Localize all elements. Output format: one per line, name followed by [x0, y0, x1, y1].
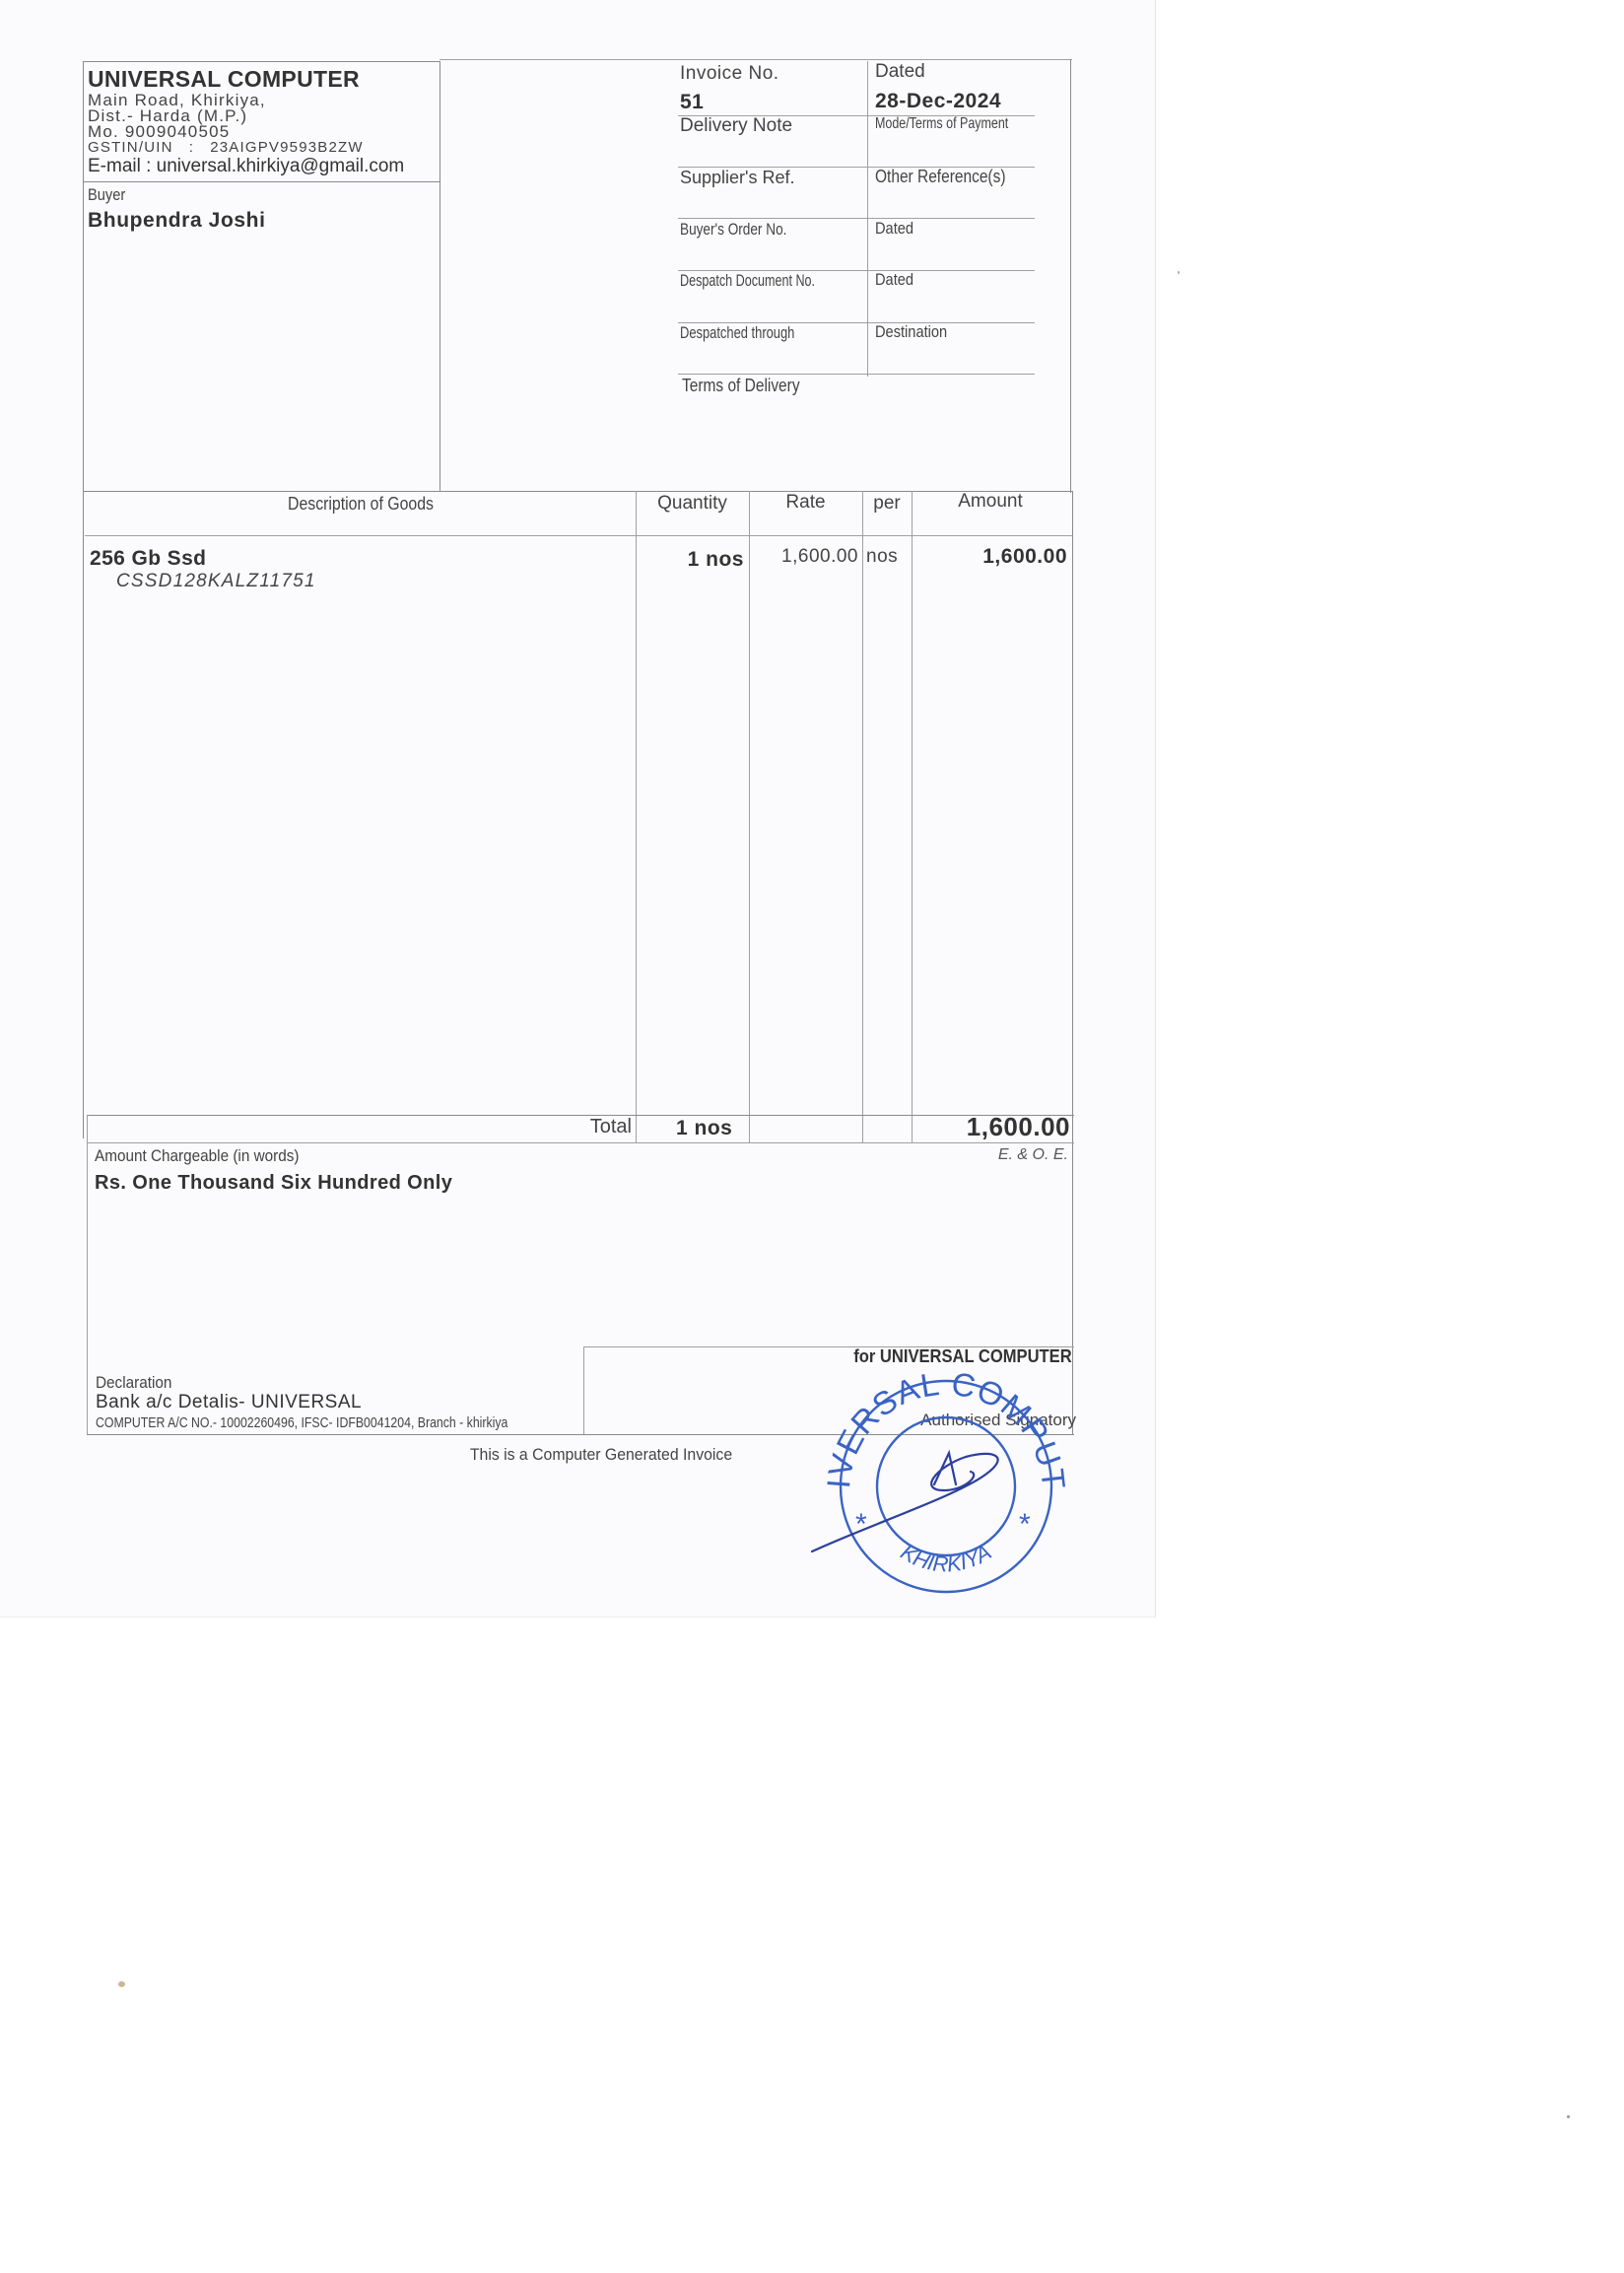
sig-box-left — [583, 1346, 584, 1435]
bank-details-line2: COMPUTER A/C NO.- 10002260496, IFSC- IDF… — [96, 1414, 507, 1431]
seller-gstin: GSTIN/UIN : 23AIGPV9593B2ZW — [88, 140, 364, 155]
invoice-no-value: 51 — [680, 91, 704, 114]
item-serial: CSSD128KALZ11751 — [116, 571, 316, 592]
item-amount: 1,600.00 — [982, 545, 1067, 569]
seller-email: E-mail : universal.khirkiya@gmail.com — [88, 156, 404, 177]
seller-buyer-divider — [83, 181, 440, 182]
frame-right — [1070, 59, 1071, 493]
amount-words: Rs. One Thousand Six Hundred Only — [95, 1172, 452, 1195]
meta-col-divider — [867, 61, 868, 377]
header-per: per — [862, 493, 912, 515]
buyers-order-dated-label: Dated — [875, 219, 913, 239]
total-row-top — [87, 1115, 1074, 1116]
item-description: 256 Gb Ssd — [90, 547, 206, 571]
invoice-no-label: Invoice No. — [680, 63, 779, 85]
amount-words-label: Amount Chargeable (in words) — [95, 1146, 300, 1166]
header-description: Description of Goods — [118, 494, 604, 515]
frame-left-lower — [87, 1115, 88, 1434]
despatch-doc-label: Despatch Document No. — [680, 271, 815, 291]
eoe-note: E. & O. E. — [998, 1146, 1068, 1164]
meta-row-line-3 — [678, 218, 1035, 219]
declaration-label: Declaration — [96, 1373, 171, 1393]
frame-top-left — [83, 61, 440, 62]
seller-address-line2: Dist.- Harda (M.P.) — [88, 108, 247, 123]
total-label: Total — [590, 1116, 632, 1138]
scan-speck — [1567, 2115, 1570, 2118]
scanned-paper: UNIVERSAL COMPUTER Main Road, Khirkiya, … — [0, 0, 1156, 1618]
terms-of-delivery-label: Terms of Delivery — [682, 376, 800, 396]
destination-label: Destination — [875, 322, 947, 342]
other-refs-label: Other Reference(s) — [875, 167, 1005, 187]
scan-speck — [118, 1981, 125, 1987]
col-divider-rate — [749, 491, 750, 1143]
buyer-label: Buyer — [88, 185, 125, 205]
company-stamp-icon: UNIVERSAL COMPUTER KHIRKIYA * * — [808, 1358, 1084, 1605]
buyer-name: Bhupendra Joshi — [88, 209, 266, 233]
header-quantity: Quantity — [636, 493, 749, 515]
table-header-bottom — [85, 535, 1072, 536]
despatched-through-label: Despatched through — [680, 323, 794, 343]
bank-details-line1: Bank a/c Detalis- UNIVERSAL — [96, 1392, 362, 1413]
payment-terms-label: Mode/Terms of Payment — [875, 115, 1008, 133]
dated-value: 28-Dec-2024 — [875, 90, 1001, 113]
header-rate: Rate — [749, 492, 862, 514]
scan-speck — [1178, 271, 1180, 274]
total-row-bottom — [87, 1142, 1074, 1143]
col-divider-qty — [636, 491, 637, 1143]
col-divider-amount — [912, 491, 913, 1143]
svg-text:*: * — [1019, 1508, 1031, 1541]
header-divider — [440, 61, 440, 491]
seller-name: UNIVERSAL COMPUTER — [88, 66, 360, 93]
dated-label: Dated — [875, 61, 925, 83]
seller-mobile: Mo. 9009040505 — [88, 124, 230, 139]
buyers-order-label: Buyer's Order No. — [680, 220, 786, 240]
item-rate: 1,600.00 — [781, 546, 858, 568]
svg-text:KHIRKIYA: KHIRKIYA — [897, 1540, 995, 1577]
despatch-doc-dated-label: Dated — [875, 270, 913, 290]
suppliers-ref-label: Supplier's Ref. — [680, 168, 795, 188]
total-amount: 1,600.00 — [967, 1112, 1070, 1142]
seller-address-line1: Main Road, Khirkiya, — [88, 93, 266, 107]
frame-top-right — [440, 59, 1072, 60]
meta-row-line-6 — [678, 374, 1035, 375]
delivery-note-label: Delivery Note — [680, 115, 792, 137]
total-quantity: 1 nos — [676, 1117, 732, 1140]
item-quantity: 1 nos — [688, 548, 744, 572]
computer-generated-note: This is a Computer Generated Invoice — [390, 1445, 812, 1465]
header-amount: Amount — [912, 491, 1069, 513]
item-per: nos — [866, 546, 898, 568]
frame-left — [83, 61, 84, 1138]
table-right — [1072, 491, 1073, 1435]
svg-text:*: * — [855, 1508, 867, 1541]
col-divider-per — [862, 491, 863, 1143]
